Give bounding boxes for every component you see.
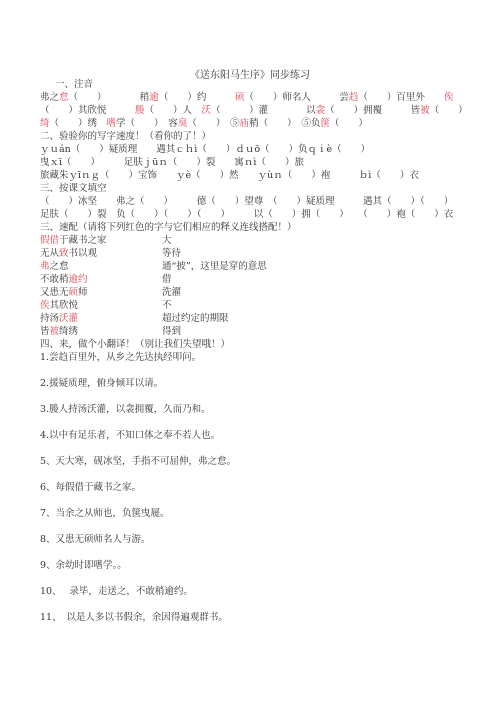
- highlighted-char: 嗜: [107, 118, 117, 129]
- match-phrase[interactable]: 持汤沃灌: [40, 312, 78, 325]
- text-segment: 师: [78, 287, 88, 298]
- translate-item: 3.媵人持汤沃灌，以衾拥覆，久而乃和。: [40, 403, 211, 416]
- highlighted-char: 衾: [316, 105, 326, 116]
- highlighted-char: 沃灌: [59, 313, 78, 324]
- match-definition[interactable]: 借: [162, 273, 172, 286]
- translate-item: 2.援疑质理，俯身倾耳以请。: [40, 377, 163, 390]
- text-segment: （ ） ⑤: [187, 118, 239, 129]
- highlighted-char: 怠: [59, 92, 69, 103]
- highlighted-char: 箧: [320, 118, 330, 129]
- highlighted-char: 逾约: [69, 274, 88, 285]
- text-segment: （ ）拥覆 皆: [325, 105, 420, 116]
- pinyin-row: 绮（ ）绣 嗜学（ ） 容臭（ ） ⑤庙稍（ ） ⑤负箧（ ）: [40, 117, 368, 130]
- text-segment: （ ）约: [159, 92, 235, 103]
- text-segment: （ ） 稍: [69, 92, 150, 103]
- text-segment: （ ）百里外: [358, 92, 444, 103]
- text-segment: 皆: [40, 326, 50, 337]
- match-phrase[interactable]: 假借于藏书之家: [40, 234, 107, 247]
- translate-item: 4.以中有足乐者，不知口体之奉不若人也。: [40, 429, 220, 442]
- pinyin-row: 弗之怠（ ） 稍逾（ ）约 硕（ ）师名人 尝趋（ ）百里外 俟: [40, 91, 453, 104]
- match-phrase[interactable]: 俟其欣悦: [40, 299, 78, 312]
- writing-row: 曳ｘī（ ） 足肤ｊūｎ（ ）裂 寓ｎì（ ）旅: [40, 156, 304, 169]
- section-heading-fill: 三、按课文填空: [40, 182, 107, 195]
- text-segment: 绮绣: [59, 326, 78, 337]
- match-phrase[interactable]: 皆被绮绣: [40, 325, 78, 338]
- match-phrase[interactable]: 又患无硕师: [40, 286, 88, 299]
- text-segment: （ ）: [330, 118, 368, 129]
- match-definition[interactable]: 得到: [162, 325, 181, 338]
- fill-row: （ ）冰坚 弗之（ ） 德（ ）望尊 （ ）疑质理 遇其（ ）（ ）: [40, 195, 453, 208]
- section-heading-pinyin: 一、注音: [55, 78, 93, 91]
- highlighted-char: 媵: [135, 105, 145, 116]
- highlighted-char: 绮: [40, 118, 50, 129]
- highlighted-char: 致: [59, 248, 69, 259]
- highlighted-char: 俟: [444, 92, 454, 103]
- text-segment: 不敢稍: [40, 274, 69, 285]
- section-heading-translate: 四、来，做个小翻译！（别让我们失望哦！）: [40, 338, 230, 351]
- translate-item: 7、当余之从师也，负箧曳屣。: [40, 507, 170, 520]
- text-segment: （ ）其欣悦: [40, 105, 135, 116]
- translate-item: 1.尝趋百里外，从乡之先达执经叩问。: [40, 351, 201, 364]
- translate-item: 10、 录毕，走送之，不敢稍逾约。: [40, 585, 193, 598]
- translate-item: 6、每假借于藏书之家。: [40, 481, 141, 494]
- match-definition[interactable]: 大: [162, 234, 172, 247]
- text-segment: （ ）绣: [50, 118, 107, 129]
- text-segment: （ ）人: [145, 105, 202, 116]
- match-definition[interactable]: 洗濯: [162, 286, 181, 299]
- highlighted-char: 趋: [349, 92, 359, 103]
- text-segment: 稍（ ） ⑤负: [249, 118, 320, 129]
- highlighted-char: 俟: [40, 300, 50, 311]
- text-segment: 又患无: [40, 287, 69, 298]
- text-segment: 书以观: [69, 248, 98, 259]
- match-definition[interactable]: 通“披”，这里是穿的意思: [162, 260, 267, 273]
- text-segment: （ ）灌 以: [211, 105, 316, 116]
- highlighted-char: 被: [50, 326, 60, 337]
- writing-row: ｙｕán（ ）疑质理 遇其ｃｈì（ ）ｄｕō（ ）负ｑｉè（ ）: [40, 143, 370, 156]
- text-segment: 学（ ） 容: [116, 118, 178, 129]
- text-segment: 之怠: [50, 261, 69, 272]
- match-definition[interactable]: 不: [162, 299, 172, 312]
- highlighted-char: 被: [420, 105, 430, 116]
- translate-item: 8、又患无硕师名人与游。: [40, 533, 151, 546]
- match-phrase[interactable]: 无从致书以观: [40, 247, 97, 260]
- highlighted-char: 硕: [69, 287, 79, 298]
- writing-row: 旅藏朱ｙīｎｇ（ ）宝饰 ｙè（ ）然 ｙùｎ（ ）袍 ｂì（ ）衣: [40, 169, 419, 182]
- highlighted-char: 硕: [235, 92, 245, 103]
- highlighted-char: 假借: [40, 235, 59, 246]
- translate-item: 5、天大寒，砚冰坚，手指不可屈伸，弗之怠。: [40, 455, 236, 468]
- highlighted-char: 庙: [240, 118, 250, 129]
- text-segment: （ ）: [430, 105, 468, 116]
- match-definition[interactable]: 等待: [162, 247, 181, 260]
- highlighted-char: 臭: [178, 118, 188, 129]
- match-phrase[interactable]: 不敢稍逾约: [40, 273, 88, 286]
- text-segment: 弗之: [40, 92, 59, 103]
- section-heading-match: 三、速配（请将下列红色的字与它们相应的释义连线搭配！）: [40, 221, 297, 234]
- text-segment: 持汤: [40, 313, 59, 324]
- translate-item: 11、 以是人多以书假余，余因得遍观群书。: [40, 611, 228, 624]
- highlighted-char: 弗: [40, 261, 50, 272]
- text-segment: 其欣悦: [50, 300, 79, 311]
- match-definition[interactable]: 超过约定的期限: [162, 312, 229, 325]
- highlighted-char: 沃: [202, 105, 212, 116]
- document-page: 《送东阳马生序》同步练习 一、注音 弗之怠（ ） 稍逾（ ）约 硕（ ）师名人 …: [0, 0, 500, 708]
- section-heading-writing: 二、验验你的写字速度！（看你的了！）: [40, 130, 211, 143]
- highlighted-char: 逾: [149, 92, 159, 103]
- fill-row: 足肤（ ）裂 负（ ）（ ）（ ） 以（ ）拥（ ） （ ）袍（ ）衣: [40, 208, 453, 221]
- pinyin-row: （ ）其欣悦 媵（ ）人 沃（ ）灌 以衾（ ）拥覆 皆被（ ）: [40, 104, 468, 117]
- text-segment: 于藏书之家: [59, 235, 107, 246]
- text-segment: （ ）师名人 尝: [244, 92, 349, 103]
- translate-item: 9、余幼时即嗜学。。: [40, 559, 127, 572]
- text-segment: 无从: [40, 248, 59, 259]
- match-phrase[interactable]: 弗之怠: [40, 260, 69, 273]
